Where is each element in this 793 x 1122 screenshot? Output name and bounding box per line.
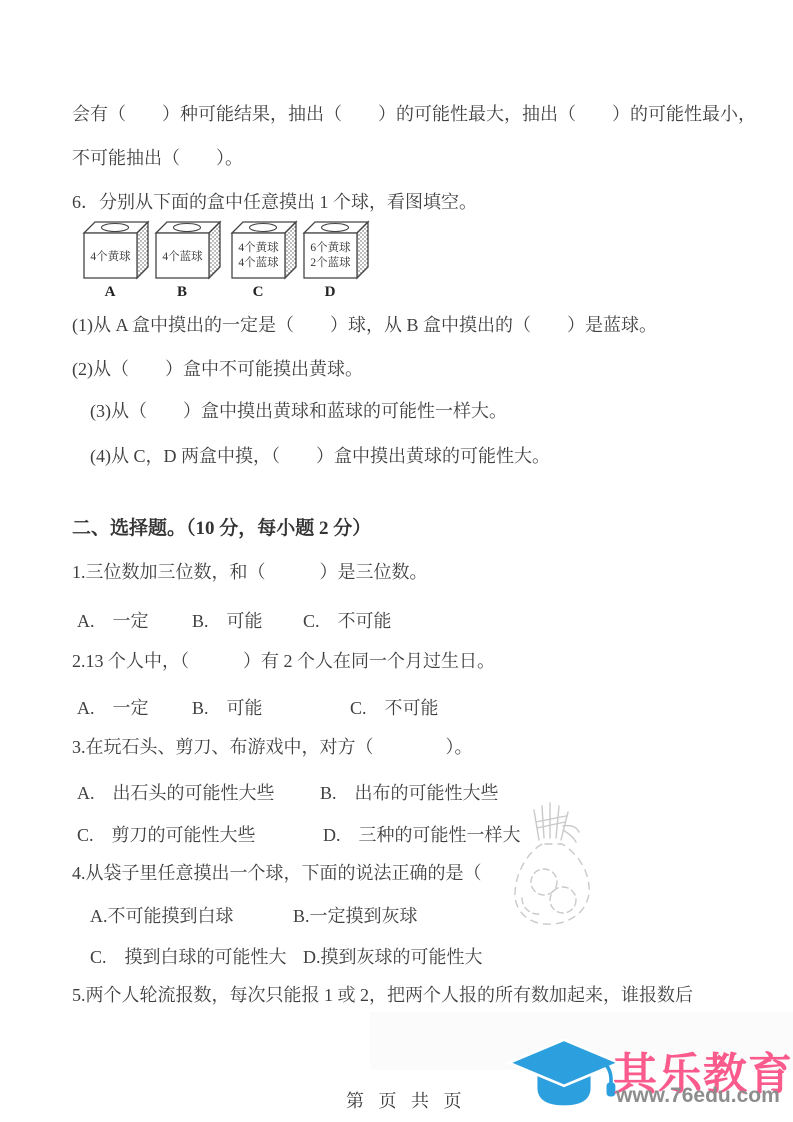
q2-option-c: C. 不可能: [350, 694, 439, 720]
svg-text:4个黄球: 4个黄球: [90, 249, 131, 263]
q6-sub2: (2)从（ ）盒中不可能摸出黄球。: [72, 359, 363, 381]
box-c-label: C: [253, 284, 264, 300]
svg-text:4个蓝球: 4个蓝球: [238, 255, 279, 269]
q4-options-cd: C. 摸到白球的可能性大 D.摸到灰球的可能性大: [0, 943, 793, 969]
q3-option-b: B. 出布的可能性大些: [320, 779, 499, 805]
q6-sub4: (4)从 C，D 两盒中摸，（ ）盒中摸出黄球的可能性大。: [90, 446, 550, 468]
q3-options-ab: A. 出石头的可能性大些 B. 出布的可能性大些: [0, 779, 793, 805]
q2-option-b: B. 可能: [192, 694, 263, 720]
svg-text:6个黄球: 6个黄球: [310, 240, 351, 254]
box-a-label: A: [105, 284, 116, 300]
question6-stem: 6．分别从下面的盒中任意摸出 1 个球，看图填空。: [72, 192, 477, 214]
q5-stem: 5.两个人轮流报数，每次只能报 1 或 2，把两个人报的所有数加起来，谁报数后: [72, 985, 693, 1007]
box-b-label: B: [177, 284, 187, 300]
graduation-cap-logo-icon: [502, 1034, 626, 1120]
q1-options: A. 一定 B. 可能 C. 不可能: [0, 607, 793, 633]
box-d-graphic: 6个黄球 2个蓝球 D: [304, 222, 368, 300]
page-footer: 第 页 共 页: [346, 1087, 467, 1113]
q3-stem: 3.在玩石头、剪刀、布游戏中，对方（ ）。: [72, 737, 473, 759]
q6-sub3: (3)从（ ）盒中摸出黄球和蓝球的可能性一样大。: [90, 401, 507, 423]
q4-option-d: D.摸到灰球的可能性大: [303, 943, 483, 969]
q3-option-c: C. 剪刀的可能性大些: [77, 821, 256, 847]
worksheet-page: 会有（ ）种可能结果，抽出（ ）的可能性最大，抽出（ ）的可能性最小， 不可能抽…: [0, 0, 793, 1122]
q6-sub1: (1)从 A 盒中摸出的一定是（ ）球，从 B 盒中摸出的（ ）是蓝球。: [72, 315, 657, 337]
q4-option-a: A.不可能摸到白球: [90, 902, 234, 928]
box-a-graphic: 4个黄球 A: [84, 222, 148, 300]
q2-options: A. 一定 B. 可能 C. 不可能: [0, 694, 793, 720]
q1-stem: 1.三位数加三位数，和（ ）是三位数。: [72, 562, 428, 584]
fill-blank-line-1: 会有（ ）种可能结果，抽出（ ）的可能性最大，抽出（ ）的可能性最小，: [72, 104, 756, 126]
q4-option-b: B.一定摸到灰球: [293, 902, 418, 928]
q4-options-ab: A.不可能摸到白球 B.一定摸到灰球: [0, 902, 793, 928]
svg-text:4个蓝球: 4个蓝球: [162, 249, 203, 263]
svg-text:4个黄球: 4个黄球: [238, 240, 279, 254]
q1-option-b: B. 可能: [192, 607, 263, 633]
svg-text:2个蓝球: 2个蓝球: [310, 255, 351, 269]
section2-heading: 二、选择题。（10 分，每小题 2 分）: [72, 518, 371, 541]
q4-option-c: C. 摸到白球的可能性大: [90, 943, 287, 969]
q2-stem: 2.13 个人中，（ ）有 2 个人在同一个月过生日。: [72, 651, 495, 673]
box-b-graphic: 4个蓝球 B: [156, 222, 220, 300]
q3-option-d: D. 三种的可能性一样大: [323, 821, 521, 847]
q1-option-c: C. 不可能: [303, 607, 392, 633]
box-d-label: D: [325, 284, 336, 300]
fill-blank-line-2: 不可能抽出（ ）。: [72, 148, 243, 170]
q2-option-a: A. 一定: [77, 694, 149, 720]
q4-stem: 4.从袋子里任意摸出一个球，下面的说法正确的是（: [72, 863, 482, 885]
q3-options-cd: C. 剪刀的可能性大些 D. 三种的可能性一样大: [0, 821, 793, 847]
brand-url[interactable]: www.76edu.com: [616, 1084, 780, 1108]
ball-boxes-diagram: 4个黄球 A 4个蓝球 B 4个黄球 4个蓝球 C 6个黄球 2个蓝球: [82, 220, 382, 302]
box-c-graphic: 4个黄球 4个蓝球 C: [232, 222, 296, 300]
q3-option-a: A. 出石头的可能性大些: [77, 779, 275, 805]
bag-illustration: [506, 800, 598, 930]
q1-option-a: A. 一定: [77, 607, 149, 633]
